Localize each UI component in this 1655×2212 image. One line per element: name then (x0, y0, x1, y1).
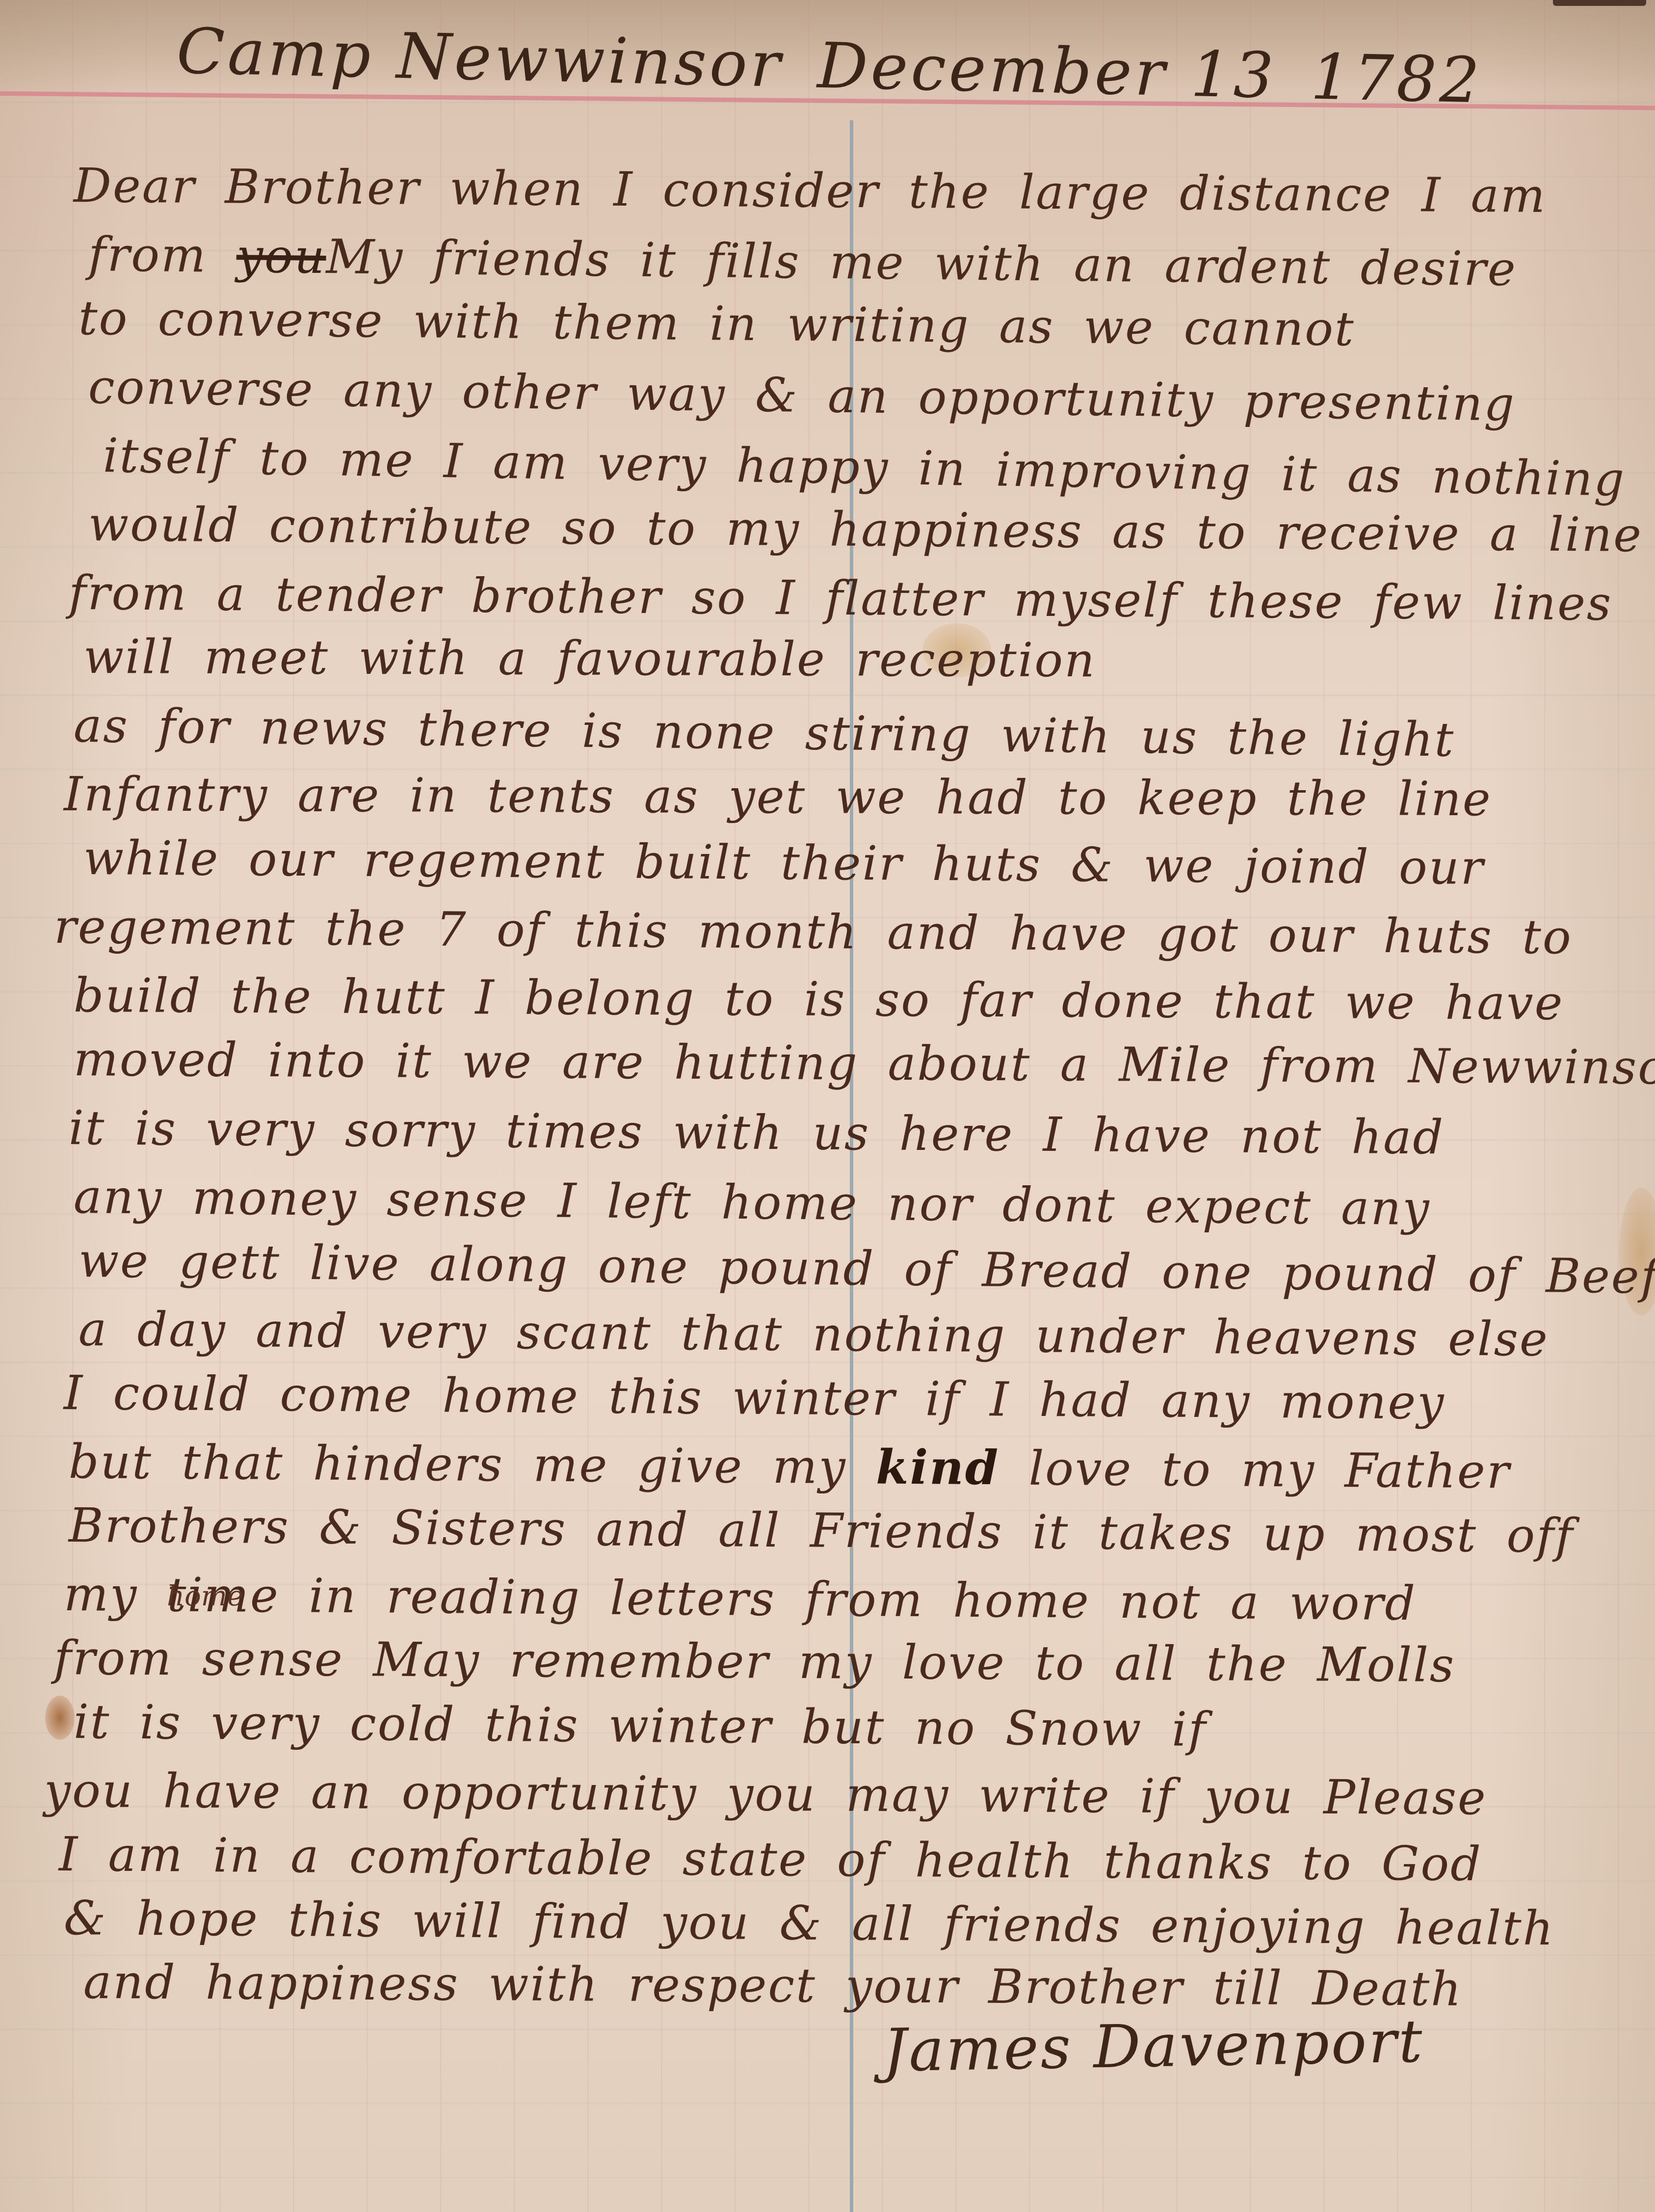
letter-line: any money sense I left home nor dont exp… (74, 1173, 1431, 1232)
letter-line: from a tender brother so I flatter mysel… (69, 569, 1613, 627)
letter-line: moved into it we are hutting about a Mil… (74, 1036, 1655, 1091)
letter-body: Dear Brother when I consider the large d… (0, 0, 1655, 2212)
letter-line: and happiness with respect your Brother … (83, 1958, 1463, 2013)
letter-line: from sense May remember my love to all t… (54, 1634, 1456, 1689)
letter-line: & hope this will find you & all friends … (64, 1894, 1555, 1952)
interlinear-insert: home (167, 1580, 243, 1612)
letter-line: it is very cold this winter but no Snow … (74, 1698, 1208, 1753)
letter-line: would contribute so to my happiness as t… (88, 501, 1643, 559)
letter-line: itself to me I am very happy in improvin… (103, 432, 1626, 503)
letter-line: Infantry are in tents as yet we had to k… (64, 771, 1492, 823)
struck-word: you (236, 228, 326, 284)
letter-line: I could come home this winter if I had a… (64, 1369, 1445, 1426)
letter-page: Camp NewwinsorDecember 131782 Dear Broth… (0, 0, 1655, 2212)
letter-line: build the hutt I belong to is so far don… (74, 972, 1564, 1027)
letter-line: it is very sorry times with us here I ha… (69, 1104, 1445, 1161)
letter-line: Brothers & Sisters and all Friends it ta… (69, 1502, 1575, 1559)
letter-line: will meet with a favourable reception (83, 633, 1096, 684)
overwritten-word: kind (876, 1439, 1000, 1495)
letter-line: from youMy friends it fills me with an a… (88, 231, 1517, 293)
letter-line: we gett live along one pound of Bread on… (78, 1237, 1655, 1301)
letter-line: but that hinders me give my kind love to… (69, 1438, 1511, 1495)
letter-line: I am in a comfortable state of health th… (59, 1831, 1482, 1888)
signature: James Davenport (883, 2007, 1425, 2085)
letter-line: Dear Brother when I consider the large d… (74, 162, 1547, 219)
letter-line: regement the 7 of this month and have go… (54, 903, 1573, 961)
letter-line: converse any other way & an opportunity … (88, 363, 1516, 428)
letter-line: as for news there is none stiring with u… (73, 702, 1455, 763)
letter-line: while our regement built their huts & we… (83, 834, 1485, 891)
letter-line: to converse with them in writing as we c… (79, 294, 1356, 353)
letter-line: my time in reading letters from home not… (64, 1571, 1417, 1627)
letter-line: you have an opportunity you may write if… (44, 1767, 1487, 1821)
letter-line: a day and very scant that nothing under … (79, 1306, 1549, 1363)
